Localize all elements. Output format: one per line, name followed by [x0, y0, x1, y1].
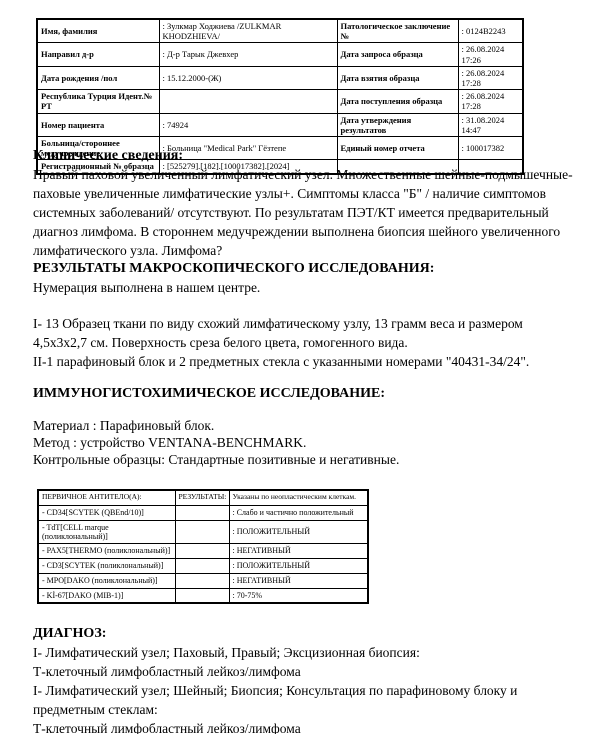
field-label: Дата утверждения результатов — [337, 113, 458, 136]
results-note-column-header: Указаны по неопластическим клеткам. — [229, 490, 368, 505]
result-placeholder-cell — [175, 520, 229, 543]
antibody-result-row: - Kİ-67[DAKO (MIB-1)]: 70-75% — [38, 588, 368, 603]
field-label: Патологическое заключение № — [337, 19, 458, 43]
patient-info-row: Номер пациента: 74924Дата утверждения ре… — [37, 113, 523, 136]
results-column-header: РЕЗУЛЬТАТЫ: — [175, 490, 229, 505]
diagnosis-lines: I- Лимфатический узел; Паховый, Правый; … — [33, 643, 575, 734]
diagnosis-heading: ДИАГНОЗ: — [33, 624, 575, 643]
diagnosis-line: I- Лимфатический узел; Паховый, Правый; … — [33, 643, 575, 662]
antibody-name-cell: - CD34[SCYTEK (QBEnd/10)] — [38, 505, 175, 520]
result-value-cell: : 70-75% — [229, 588, 368, 603]
field-value: : 15.12.2000-(Ж) — [159, 66, 337, 89]
result-value-cell: : Слабо и частично положительный — [229, 505, 368, 520]
field-value: : 0124B2243 — [458, 19, 523, 43]
antibody-table-header-row: ПЕРВИЧНОЕ АНТИТЕЛО(А): РЕЗУЛЬТАТЫ: Указа… — [38, 490, 368, 505]
clinical-info-heading: Клинические сведения: — [33, 146, 575, 165]
ihc-method-line: Метод : устройство VENTANA-BENCHMARK. — [33, 434, 575, 451]
field-value: : 26.08.2024 17:28 — [458, 90, 523, 113]
patient-info-row: Дата рождения /пол: 15.12.2000-(Ж)Дата в… — [37, 66, 523, 89]
result-placeholder-cell — [175, 588, 229, 603]
field-label: Дата рождения /пол — [37, 66, 159, 89]
field-value: : 26.08.2024 17:28 — [458, 66, 523, 89]
immunohistochemistry-heading: ИММУНОГИСТОХИМИЧЕСКОЕ ИССЛЕДОВАНИЕ: — [33, 384, 575, 403]
diagnosis-section: ДИАГНОЗ: I- Лимфатический узел; Паховый,… — [33, 624, 575, 734]
result-value-cell: : НЕГАТИВНЫЙ — [229, 543, 368, 558]
antibody-result-row: - CD3[SCYTEK (поликлональный)]: ПОЛОЖИТЕ… — [38, 558, 368, 573]
diagnosis-line: Т-клеточный лимфобластный лейкоз/лимфома — [33, 662, 575, 681]
macroscopic-intro-line: Нумерация выполнена в нашем центре. — [33, 278, 575, 297]
macroscopic-item-2: II-1 парафиновый блок и 2 предметных сте… — [33, 352, 575, 371]
field-value: : 31.08.2024 14:47 — [458, 113, 523, 136]
macroscopic-results-section: РЕЗУЛЬТАТЫ МАКРОСКОПИЧЕСКОГО ИССЛЕДОВАНИ… — [33, 259, 575, 371]
antibody-table-body: - CD34[SCYTEK (QBEnd/10)]: Слабо и части… — [38, 505, 368, 603]
field-value: : 74924 — [159, 113, 337, 136]
clinical-info-section: Клинические сведения: Правый паховой уве… — [33, 146, 575, 260]
pathology-report-page: Имя, фамилия: Зулкмар Ходжиева /ZULKMAR … — [0, 0, 600, 734]
field-label: Дата поступления образца — [337, 90, 458, 113]
diagnosis-line: I- Лимфатический узел; Шейный; Биопсия; … — [33, 681, 575, 719]
macroscopic-item-1: I- 13 Образец ткани по виду схожий лимфа… — [33, 314, 575, 352]
immunohistochemistry-section: ИММУНОГИСТОХИМИЧЕСКОЕ ИССЛЕДОВАНИЕ: Мате… — [33, 384, 575, 468]
result-value-cell: : ПОЛОЖИТЕЛЬНЫЙ — [229, 558, 368, 573]
patient-info-row: Имя, фамилия: Зулкмар Ходжиева /ZULKMAR … — [37, 19, 523, 43]
field-value: : 26.08.2024 17:26 — [458, 43, 523, 66]
result-value-cell: : ПОЛОЖИТЕЛЬНЫЙ — [229, 520, 368, 543]
antibody-column-header: ПЕРВИЧНОЕ АНТИТЕЛО(А): — [38, 490, 175, 505]
immunohistochemistry-lines: Материал : Парафиновый блок. Метод : уст… — [33, 417, 575, 468]
field-value: : Д-р Тарык Джевхер — [159, 43, 337, 66]
antibody-name-cell: - PAX5[THERMO (поликлональный)] — [38, 543, 175, 558]
antibody-result-row: - TdT[CELL marque (поликлональный)]: ПОЛ… — [38, 520, 368, 543]
field-label: Номер пациента — [37, 113, 159, 136]
antibody-name-cell: - Kİ-67[DAKO (MIB-1)] — [38, 588, 175, 603]
antibody-result-row: - MPO[DAKO (поликлональный)]: НЕГАТИВНЫЙ — [38, 573, 368, 588]
result-placeholder-cell — [175, 558, 229, 573]
patient-info-row: Направил д-р: Д-р Тарык ДжевхерДата запр… — [37, 43, 523, 66]
result-placeholder-cell — [175, 543, 229, 558]
ihc-controls-line: Контрольные образцы: Стандартные позитив… — [33, 451, 575, 468]
antibody-name-cell: - TdT[CELL marque (поликлональный)] — [38, 520, 175, 543]
field-label: Республика Турция Идент.№ РТ — [37, 90, 159, 113]
antibody-results-table: ПЕРВИЧНОЕ АНТИТЕЛО(А): РЕЗУЛЬТАТЫ: Указа… — [37, 489, 369, 604]
result-value-cell: : НЕГАТИВНЫЙ — [229, 573, 368, 588]
field-label: Направил д-р — [37, 43, 159, 66]
field-value — [159, 90, 337, 113]
result-placeholder-cell — [175, 505, 229, 520]
field-label: Дата запроса образца — [337, 43, 458, 66]
macroscopic-items: I- 13 Образец ткани по виду схожий лимфа… — [33, 314, 575, 371]
field-label: Имя, фамилия — [37, 19, 159, 43]
antibody-result-row: - PAX5[THERMO (поликлональный)]: НЕГАТИВ… — [38, 543, 368, 558]
macroscopic-results-heading: РЕЗУЛЬТАТЫ МАКРОСКОПИЧЕСКОГО ИССЛЕДОВАНИ… — [33, 259, 575, 278]
field-label: Дата взятия образца — [337, 66, 458, 89]
field-value: : Зулкмар Ходжиева /ZULKMAR KHODZHIEVA/ — [159, 19, 337, 43]
antibody-table-head: ПЕРВИЧНОЕ АНТИТЕЛО(А): РЕЗУЛЬТАТЫ: Указа… — [38, 490, 368, 505]
antibody-result-row: - CD34[SCYTEK (QBEnd/10)]: Слабо и части… — [38, 505, 368, 520]
result-placeholder-cell — [175, 573, 229, 588]
antibody-name-cell: - MPO[DAKO (поликлональный)] — [38, 573, 175, 588]
patient-info-row: Республика Турция Идент.№ РТДата поступл… — [37, 90, 523, 113]
clinical-info-text: Правый паховой увеличенный лимфатический… — [33, 165, 575, 260]
ihc-material-line: Материал : Парафиновый блок. — [33, 417, 575, 434]
antibody-name-cell: - CD3[SCYTEK (поликлональный)] — [38, 558, 175, 573]
diagnosis-line: Т-клеточный лимфобластный лейкоз/лимфома — [33, 719, 575, 734]
